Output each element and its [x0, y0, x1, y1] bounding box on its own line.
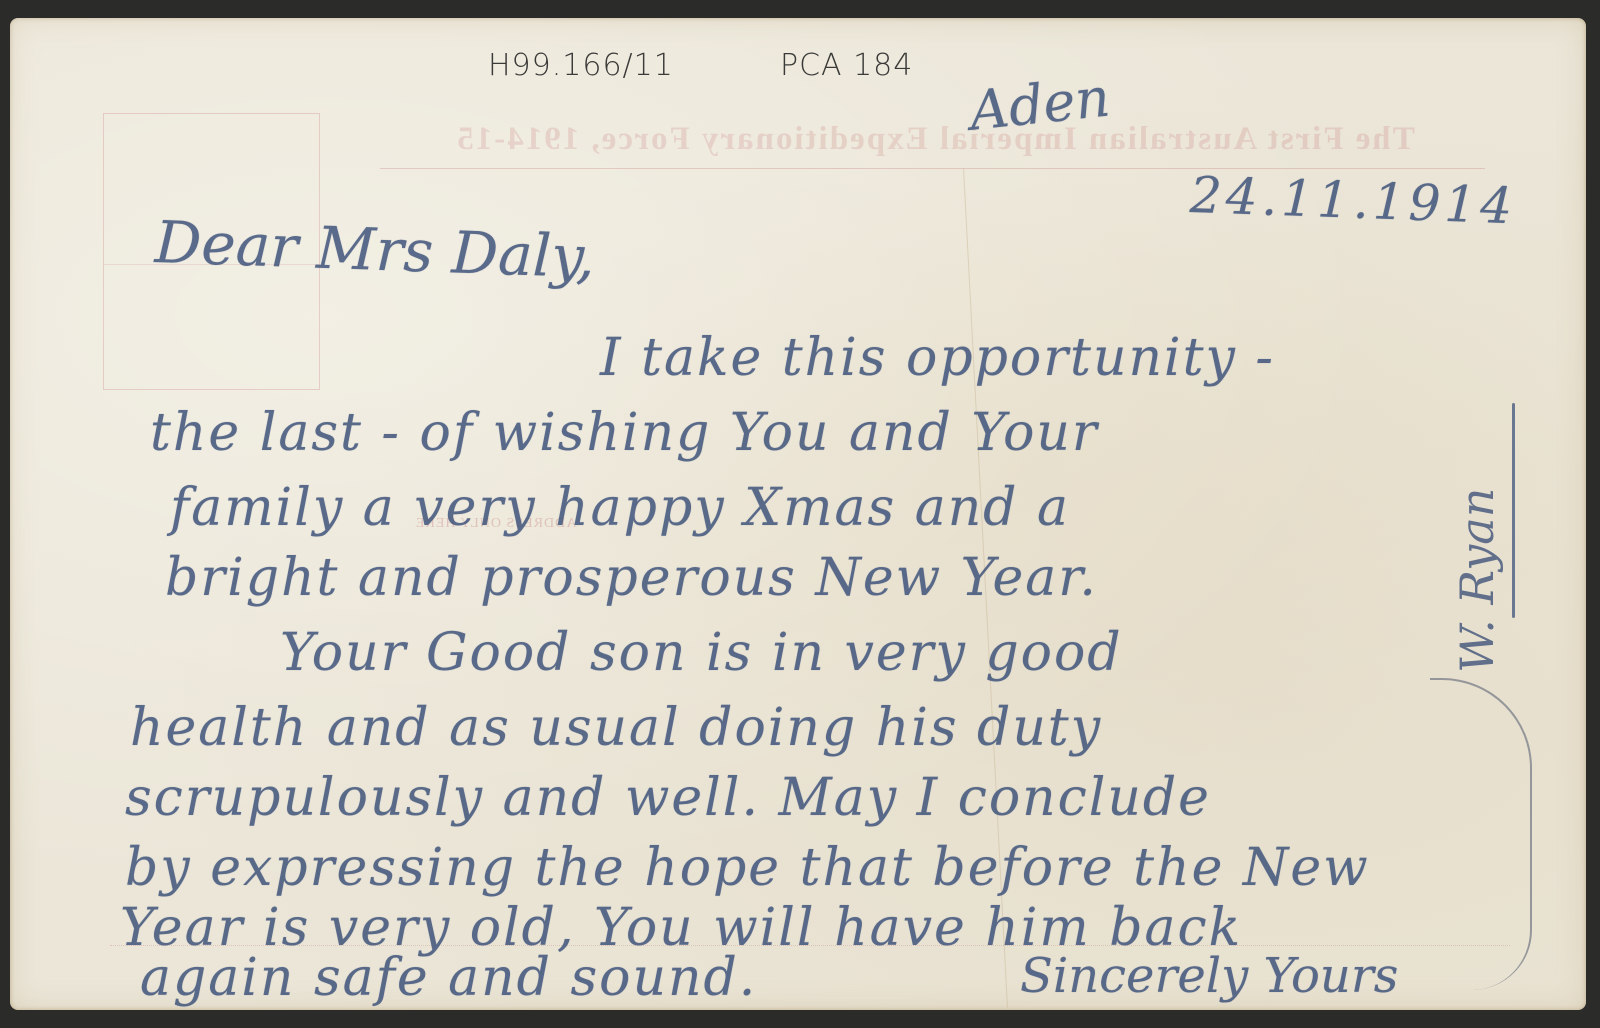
accession-number: H99.166/11 — [488, 48, 674, 83]
printed-header: The First Australian Imperial Expedition… — [380, 121, 1490, 158]
letter-line: by expressing the hope that before the N… — [125, 838, 1370, 898]
letter-line: again safe and sound. — [140, 948, 757, 1008]
letter-line: health and as usual doing his duty — [130, 698, 1102, 758]
letter-line: Your Good son is in very good — [280, 623, 1123, 683]
printed-header-rule — [380, 168, 1485, 169]
letter-line: the last - of wishing You and Your — [150, 403, 1099, 463]
letter-signature: W. Ryan — [1450, 488, 1504, 673]
letter-line: family a very happy Xmas and a — [170, 478, 1070, 538]
letter-line: scrupulously and well. May I conclude — [125, 768, 1211, 828]
letter-line: bright and prosperous New Year. — [165, 548, 1098, 608]
postcard: The First Australian Imperial Expedition… — [10, 18, 1586, 1010]
letter-date: 24.11.1914 — [1189, 166, 1517, 235]
signature-underline — [1512, 403, 1515, 618]
letter-line: I take this opportunity - — [600, 328, 1275, 388]
signature-flourish — [1430, 678, 1532, 990]
letter-closing: Sincerely Yours — [1020, 948, 1398, 1004]
collection-number: PCA 184 — [780, 48, 913, 83]
